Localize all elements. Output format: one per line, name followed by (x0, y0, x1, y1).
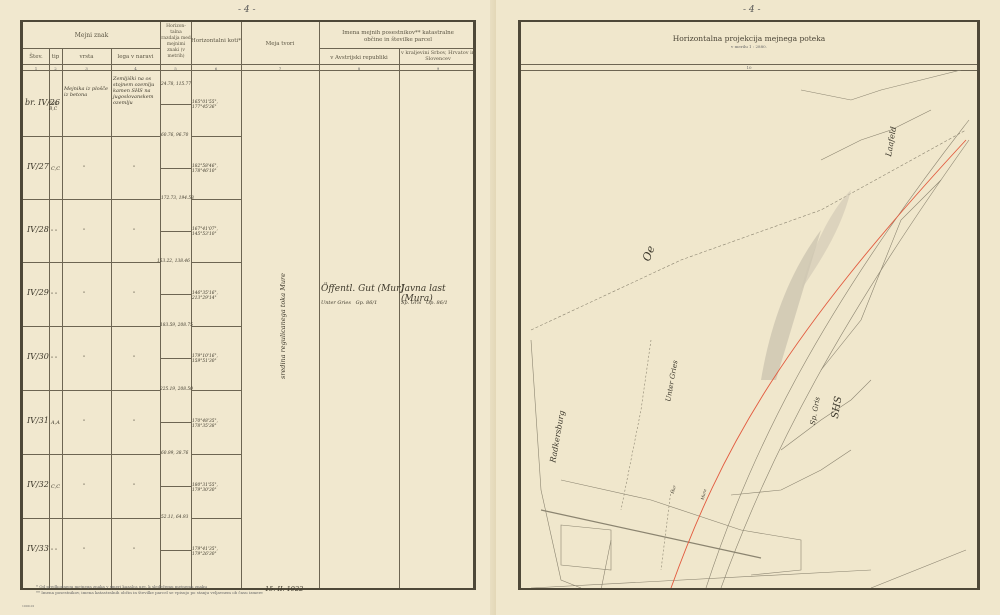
row-tip: A,A (51, 420, 60, 426)
row-tip: 585 B,C (49, 102, 63, 112)
row-divider (23, 262, 160, 263)
header-stev: Štev. (23, 54, 49, 61)
header-avstrija: v Avstrijski republiki (319, 55, 399, 62)
row-divider (160, 104, 191, 105)
row-divider (191, 199, 241, 200)
row-divider (191, 136, 241, 137)
row-divider (160, 358, 191, 359)
header-tip: tip (49, 54, 62, 61)
row-vrsta: " (83, 165, 85, 171)
row-tip: C,C (51, 166, 60, 172)
row-stev: IV/29 (27, 288, 49, 297)
row-kot: 180°31'55", 179°30'30" (192, 483, 242, 493)
row-vrsta: " (83, 483, 85, 489)
row-kot: 170°48'35", 178°35'38" (192, 419, 242, 429)
divider (49, 48, 50, 588)
divider (23, 48, 160, 49)
row-tip: " " (51, 292, 57, 298)
footnote: * Od predhodnega mejnega znaka v smeri k… (36, 584, 207, 589)
distance-value: 60.76, 96.70 (161, 133, 188, 138)
header-razdalja: Horizon-talna razdalja med mejnimi znaki… (161, 24, 191, 60)
header-koti: Horizontalni koti* (191, 38, 241, 45)
left-page: - 4 - Mejni znak Štev. tip vrsta lega v … (0, 0, 496, 615)
row-divider (191, 454, 241, 455)
print-mark: 1000.01 (22, 604, 34, 608)
column-number: 8 (319, 66, 399, 71)
distance-value: 225.19, 208.50 (160, 387, 193, 392)
row-stev: IV/30 (27, 352, 49, 361)
row-divider (191, 326, 241, 327)
row-divider (160, 168, 191, 169)
row-vrsta: " (83, 228, 85, 234)
right-page: - 4 - Horizontalna projekcija mejnega po… (496, 0, 1000, 615)
row-kot: 179°10'16", 159°51'30" (192, 354, 242, 364)
column-number: 5 (160, 66, 191, 71)
map-title: Horizontalna projekcija mejnega poteka (521, 34, 977, 43)
row-divider (191, 390, 241, 391)
row-kot: 182°58'46", 178°46'10" (192, 164, 242, 174)
column-number: 7 (241, 66, 319, 71)
right-page-number: - 4 - (743, 5, 761, 15)
state-border-line (671, 140, 966, 588)
row-divider (23, 326, 160, 327)
distance-value: 52.11, 64.93 (161, 515, 188, 520)
row-stev: IV/33 (27, 544, 49, 553)
header-lega: lega v naravi (111, 54, 160, 61)
header-shs: v kraljevini Srbov, Hrvatov in Slovencev (399, 50, 477, 62)
row-divider (160, 550, 191, 551)
row-vrsta: " (83, 547, 85, 553)
divider (111, 48, 112, 588)
row-kot: 165°01'55", 177°45'36" (192, 100, 242, 110)
row-vrsta: " (83, 355, 85, 361)
row-divider (160, 422, 191, 423)
cadastral-map (521, 70, 977, 588)
header-meja-tvori: Meja tvori (241, 41, 319, 48)
distance-value: 172.73, 194.58 (161, 196, 194, 201)
divider (319, 48, 473, 49)
row-lega: " (133, 419, 135, 425)
left-page-number: - 4 - (238, 5, 256, 15)
row-stev: IV/27 (27, 162, 49, 171)
row-tip: " " (51, 548, 57, 554)
distance-value: 183.59, 208.75 (160, 323, 193, 328)
row-divider (191, 518, 241, 519)
row-stev: IV/31 (27, 416, 49, 425)
row-kot: 146°35'16", 213°29'14" (192, 291, 242, 301)
column-number: 3 (62, 66, 111, 71)
map-scale: v merilu 1 : 2880. (521, 44, 977, 49)
column-number: 9 (399, 66, 477, 71)
row-lega: " (133, 547, 135, 553)
row-vrsta: " (83, 291, 85, 297)
distance-value: 60.99, 38.76 (161, 451, 188, 456)
row-divider (160, 294, 191, 295)
row-vrsta: " (83, 419, 85, 425)
row-stev: IV/32 (27, 480, 49, 489)
row-divider (23, 518, 160, 519)
row-divider (23, 136, 160, 137)
footnote: ** Imena posestnikov, imena katastralnih… (36, 590, 263, 595)
row-kot: 179°41'35", 179°26'30" (192, 547, 242, 557)
row-kot: 167°41'07", 145°53'10" (192, 227, 242, 237)
divider (319, 22, 320, 588)
row-lega: " (133, 165, 135, 171)
row-divider (23, 454, 160, 455)
gravel-bank (761, 230, 821, 380)
divider (62, 48, 63, 588)
header-mejni-znak: Mejni znak (23, 32, 160, 39)
date-signature: 15. II. 1922 (265, 585, 303, 593)
distance-value: 153.22, 138.46 (157, 259, 190, 264)
row-vrsta: Mejnika iz plošče iz betona (64, 86, 109, 98)
row-divider (160, 231, 191, 232)
row-lega: Zemljiški na os stojnem ozemlju kamen SH… (113, 76, 159, 106)
row-divider (160, 486, 191, 487)
boundary-description: sredina regulicanega toka Mure (279, 266, 287, 386)
divider (160, 22, 161, 588)
header-vrsta: vrsta (62, 54, 111, 61)
owner-austria-parcel: Unter Gries Gp. 86/1 (321, 300, 377, 306)
divider (399, 48, 400, 588)
header-imena: Imena mejnih posestnikov** katastralne o… (333, 30, 463, 44)
row-divider (191, 262, 241, 263)
row-divider (23, 199, 160, 200)
divider (23, 64, 473, 65)
owner-austria-name: Öffentl. Gut (Mur) (321, 284, 404, 294)
column-number: 1 (23, 66, 49, 71)
row-lega: " (133, 483, 135, 489)
row-lega: " (133, 291, 135, 297)
row-stev: IV/28 (27, 225, 49, 234)
row-lega: " (133, 228, 135, 234)
row-tip: " " (51, 229, 57, 235)
column-number: 4 (111, 66, 160, 71)
row-tip: C,C (51, 484, 60, 490)
column-number: 2 (49, 66, 62, 71)
boundary-table: Mejni znak Štev. tip vrsta lega v naravi… (20, 20, 476, 590)
row-lega: " (133, 355, 135, 361)
column-number: 6 (191, 66, 241, 71)
owner-shs-parcel: Sp. Gris Gp. 86/1 (401, 300, 448, 306)
distance-value: 24.78, 115.77 (161, 82, 191, 87)
row-tip: " " (51, 356, 57, 362)
map-frame: Horizontalna projekcija mejnega poteka v… (518, 20, 980, 590)
row-divider (23, 390, 160, 391)
